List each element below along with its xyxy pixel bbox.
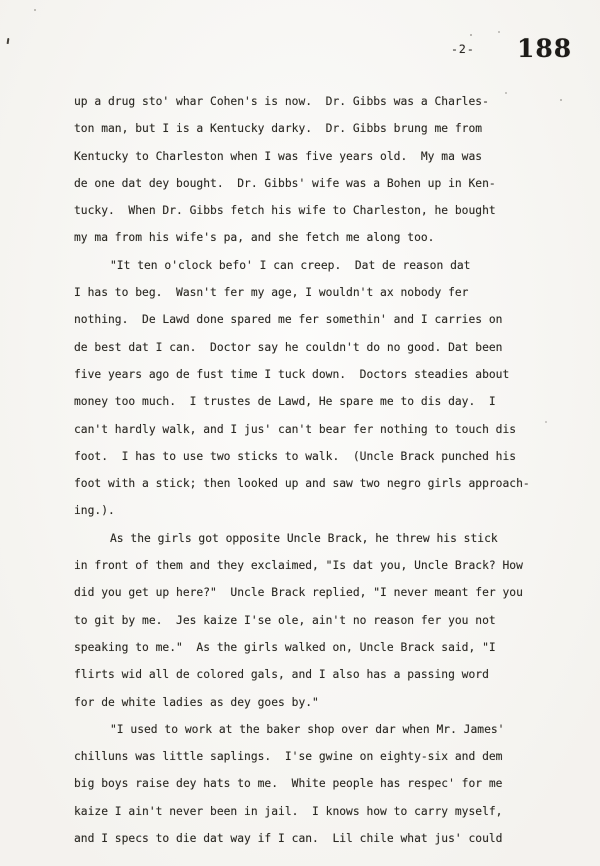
text-line: Kentucky to Charleston when I was five y…: [74, 143, 546, 170]
text-line: kaize I ain't never been in jail. I know…: [74, 798, 546, 825]
paper-sheet: -2- 188 up a drug sto' whar Cohen's is n…: [0, 0, 600, 866]
text-line: big boys raise dey hats to me. White peo…: [74, 770, 546, 797]
text-line: speaking to me." As the girls walked on,…: [74, 634, 546, 661]
text-line: de best dat I can. Doctor say he couldn'…: [74, 334, 546, 361]
text-line: to git by me. Jes kaize I'se ole, ain't …: [74, 607, 546, 634]
page-number: -2-: [451, 42, 475, 56]
text-line: ton man, but I is a Kentucky darky. Dr. …: [74, 115, 546, 142]
text-line: de one dat dey bought. Dr. Gibbs' wife w…: [74, 170, 546, 197]
text-line: ing.).: [74, 497, 546, 524]
text-line: up a drug sto' whar Cohen's is now. Dr. …: [74, 88, 546, 115]
text-line: foot. I has to use two sticks to walk. (…: [74, 443, 546, 470]
stray-ink-mark: [7, 38, 10, 44]
text-line: money too much. I trustes de Lawd, He sp…: [74, 388, 546, 415]
text-line-paragraph-start: As the girls got opposite Uncle Brack, h…: [74, 525, 546, 552]
text-line: and I specs to die dat way if I can. Lil…: [74, 825, 546, 852]
text-line: in front of them and they exclaimed, "Is…: [74, 552, 546, 579]
paper-speck: [560, 99, 562, 101]
text-line: I has to beg. Wasn't fer my age, I would…: [74, 279, 546, 306]
page-stamp-number: 188: [517, 34, 572, 63]
text-line: for de white ladies as dey goes by.": [74, 689, 546, 716]
text-line: did you get up here?" Uncle Brack replie…: [74, 579, 546, 606]
text-line: can't hardly walk, and I jus' can't bear…: [74, 416, 546, 443]
text-line: five years ago de fust time I tuck down.…: [74, 361, 546, 388]
text-line: tucky. When Dr. Gibbs fetch his wife to …: [74, 197, 546, 224]
text-line-paragraph-start: "It ten o'clock befo' I can creep. Dat d…: [74, 252, 546, 279]
text-line: foot with a stick; then looked up and sa…: [74, 470, 546, 497]
paper-speck: [34, 9, 36, 11]
text-line: my ma from his wife's pa, and she fetch …: [74, 224, 546, 251]
text-line: nothing. De Lawd done spared me fer some…: [74, 306, 546, 333]
text-line: flirts wid all de colored gals, and I al…: [74, 661, 546, 688]
typewritten-text-block: up a drug sto' whar Cohen's is now. Dr. …: [74, 88, 546, 852]
text-line: chilluns was little saplings. I'se gwine…: [74, 743, 546, 770]
text-line-paragraph-start: "I used to work at the baker shop over d…: [74, 716, 546, 743]
paper-speck: [470, 34, 472, 36]
paper-speck: [498, 31, 500, 33]
